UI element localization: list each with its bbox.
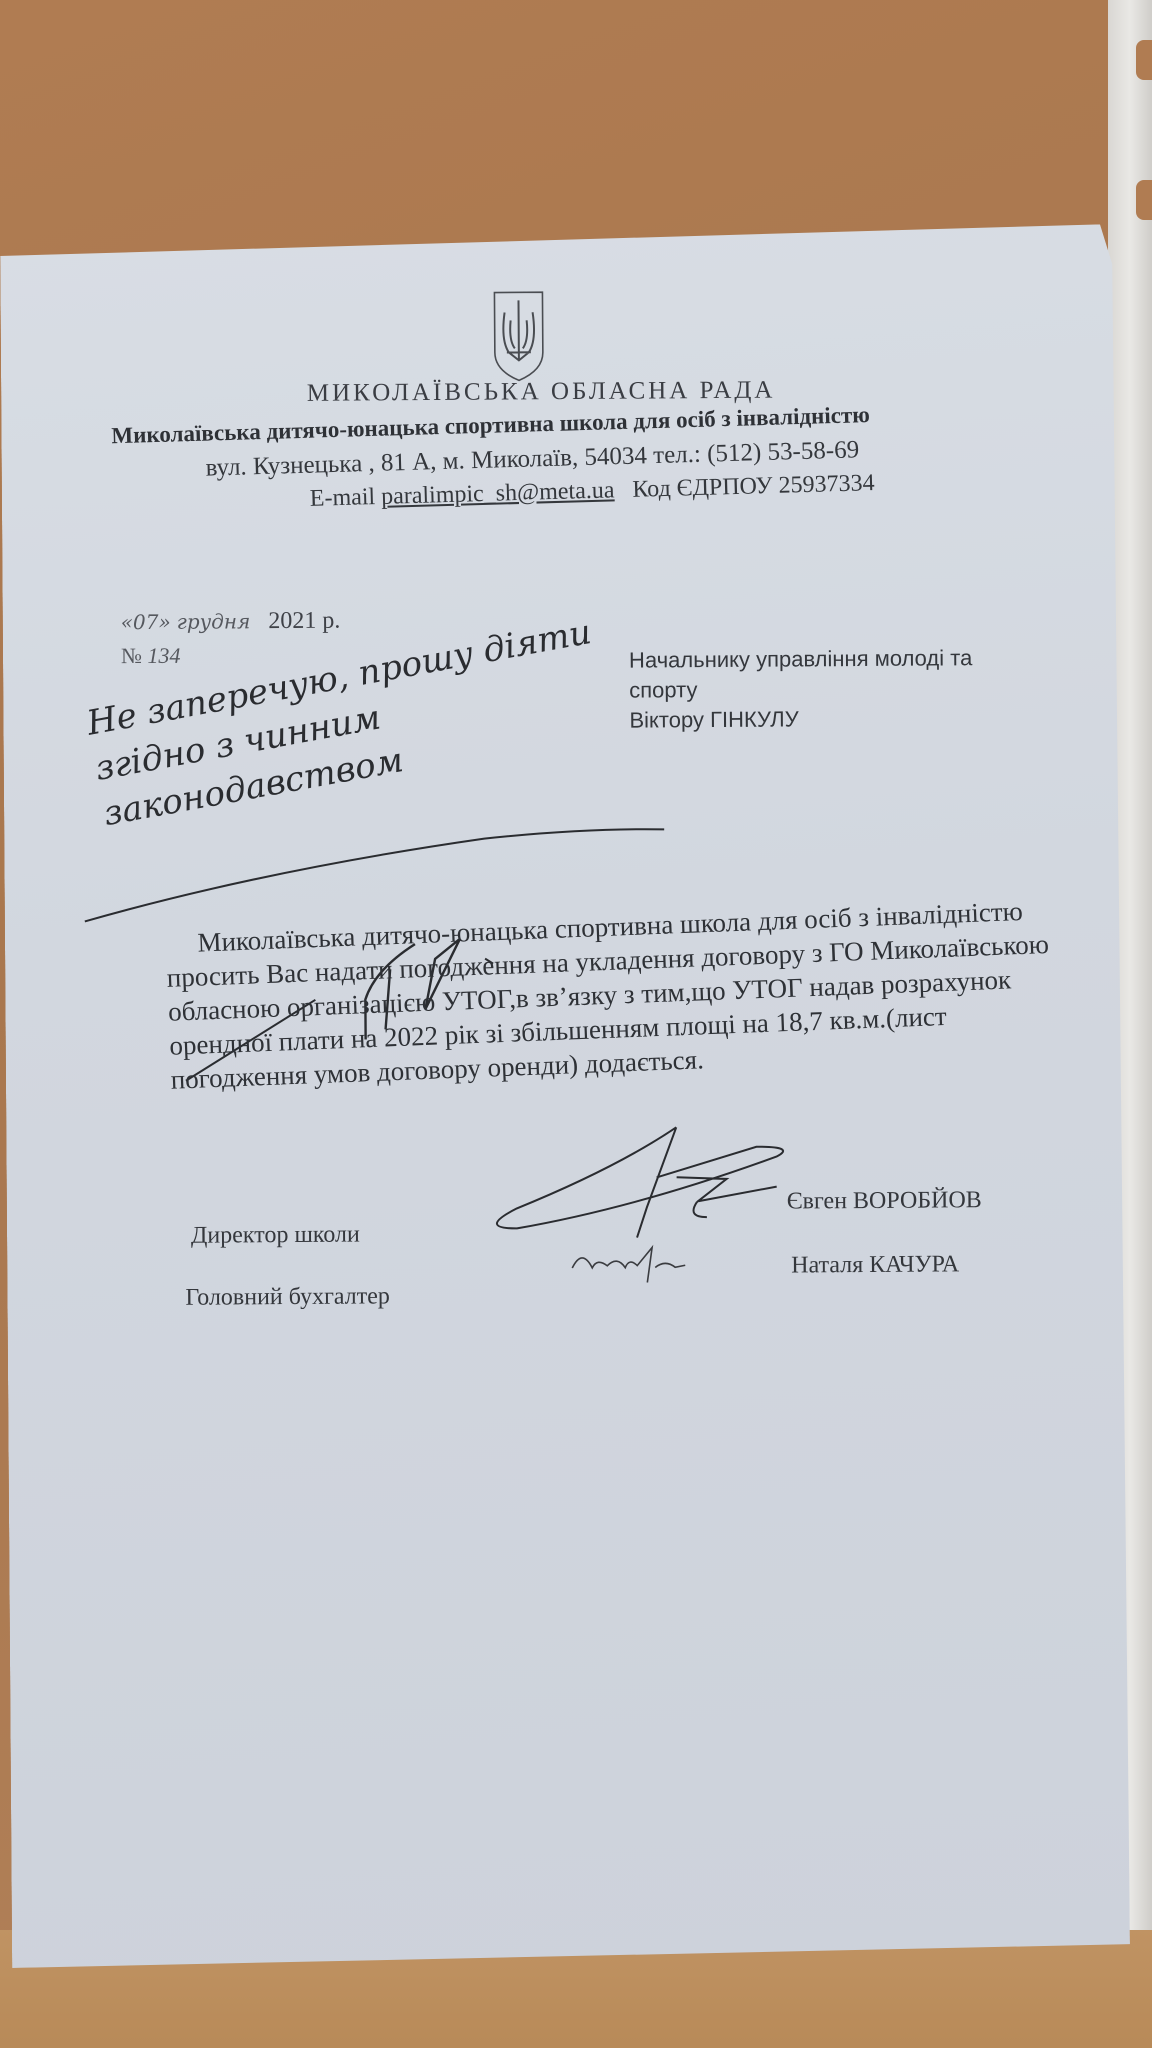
- punch-hole: [1136, 40, 1152, 80]
- accountant-name: Наталя КАЧУРА: [791, 1251, 959, 1279]
- number-label: №: [121, 643, 142, 668]
- accountant-signature: [567, 1237, 697, 1288]
- punch-hole: [1136, 180, 1152, 220]
- director-title: Директор школи: [191, 1222, 360, 1250]
- accountant-title: Головний бухгалтер: [185, 1283, 390, 1311]
- letter: МИКОЛАЇВСЬКА ОБЛАСНА РАДА Миколаївська д…: [0, 224, 1130, 1968]
- addressee-block: Начальнику управління молоді та спорту В…: [629, 643, 1050, 736]
- number-value: 134: [147, 643, 180, 668]
- letter-number: № 134: [121, 643, 181, 669]
- letter-body: Миколаївська дитячо-юнацька спортивна шк…: [165, 892, 1071, 1096]
- council-title: МИКОЛАЇВСЬКА ОБЛАСНА РАДА: [1, 374, 1081, 410]
- edrpou-code: Код ЄДРПОУ 25937334: [632, 470, 875, 503]
- director-signature: [476, 1116, 807, 1248]
- email-link[interactable]: paralimpic_sh@meta.ua: [381, 477, 615, 510]
- body-paragraph: Миколаївська дитячо-юнацька спортивна шк…: [165, 892, 1071, 1096]
- date-month: грудня: [177, 609, 251, 634]
- director-name: Євген ВОРОБЙОВ: [787, 1187, 982, 1215]
- tryzub-icon: [492, 290, 545, 382]
- email-label: E-mail: [309, 484, 375, 512]
- addressee-position-cont: спорту: [629, 673, 1049, 706]
- letter-date: «07» грудня 2021 р.: [121, 608, 341, 637]
- date-quote-close: »: [158, 610, 170, 634]
- date-quote-open: «: [121, 610, 133, 634]
- addressee-position: Начальнику управління молоді та: [629, 643, 1049, 676]
- date-year: 2021 р.: [268, 608, 340, 635]
- document-sheet: МИКОЛАЇВСЬКА ОБЛАСНА РАДА Миколаївська д…: [0, 224, 1130, 1968]
- addressee-name: Віктору ГІНКУЛУ: [629, 703, 1049, 736]
- date-day: 07: [133, 610, 159, 634]
